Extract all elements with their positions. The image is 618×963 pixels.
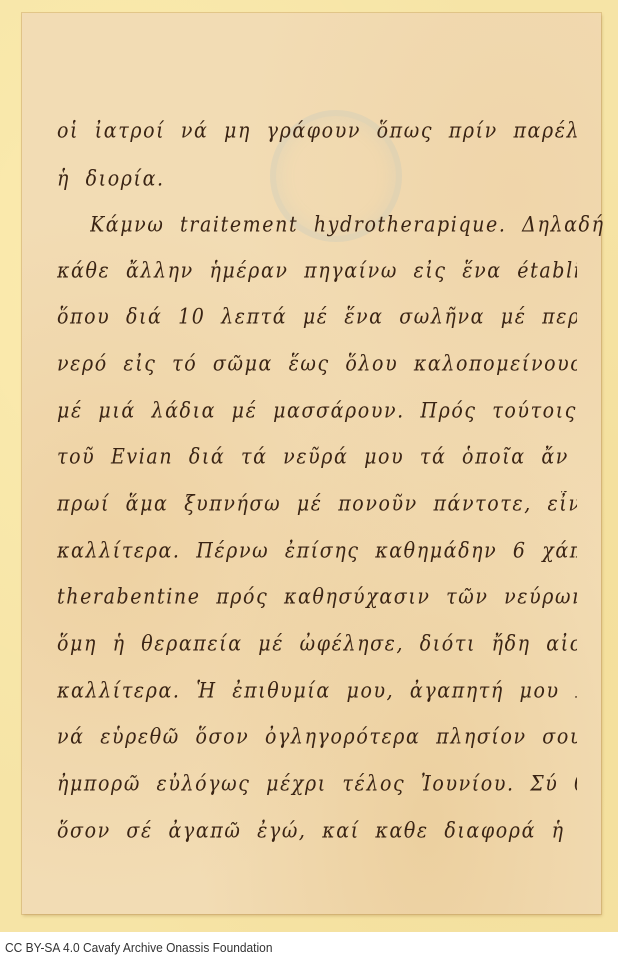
handwritten-line: τοῦ Evian διά τά νεῦρά μου τά ὁποῖα ἄν κ…: [57, 444, 577, 479]
handwritten-line: ὅπου διά 10 λεπτά μέ ἕνα σωλῆνα μέ περιχ…: [57, 304, 577, 339]
license-caption-bar: CC BY-SA 4.0 Cavafy Archive Onassis Foun…: [0, 932, 618, 963]
handwritten-line: ἠμπορῶ εὐλόγως μέχρι τέλος Ἰουνίου. Σύ θ…: [57, 771, 577, 806]
handwritten-line: νερό εἰς τό σῶμα ἕως ὅλου καλοπομείνουσι…: [57, 351, 577, 386]
handwritten-line: νά εὑρεθῶ ὅσον ὀγληγορότερα πλησίον σου,…: [57, 724, 577, 759]
license-caption-text: CC BY-SA 4.0 Cavafy Archive Onassis Foun…: [5, 940, 272, 955]
handwritten-line: therabentine πρός καθησύχασιν τῶν νεύρων…: [57, 584, 577, 619]
handwritten-line: πρωί ἅμα ξυπνήσω μέ πονοῦν πάντοτε, εἶνα…: [57, 491, 577, 526]
handwritten-line: οἱ ἰατροί νά μη γράφουν ὅπως πρίν παρέλθ…: [57, 118, 577, 153]
handwritten-line: κάθε ἄλλην ἡμέραν πηγαίνω εἰς ἕνα établi…: [57, 258, 577, 293]
handwritten-line: Κάμνω traitement hydrotherapique. Δηλαδή: [90, 212, 610, 247]
handwritten-line: καλλίτερα. Πέρνω ἐπίσης καθημάδην 6 χάπι…: [57, 538, 577, 573]
handwritten-line: ἡ διορία.: [57, 166, 577, 201]
handwritten-line: μέ μιά λάδια μέ μασσάρουν. Πρός τούτοις …: [57, 398, 577, 433]
handwritten-line: ὅσον σέ ἀγαπῶ ἐγώ, καί καθε διαφορά ἡ ὁπ…: [57, 818, 577, 853]
handwritten-line: καλλίτερα. Ἡ ἐπιθυμία μου, ἀγαπητή μου Μ…: [57, 678, 577, 713]
handwritten-line: ὅμη ἡ θεραπεία μέ ὠφέλησε, διότι ἤδη αἰσ…: [57, 631, 577, 666]
